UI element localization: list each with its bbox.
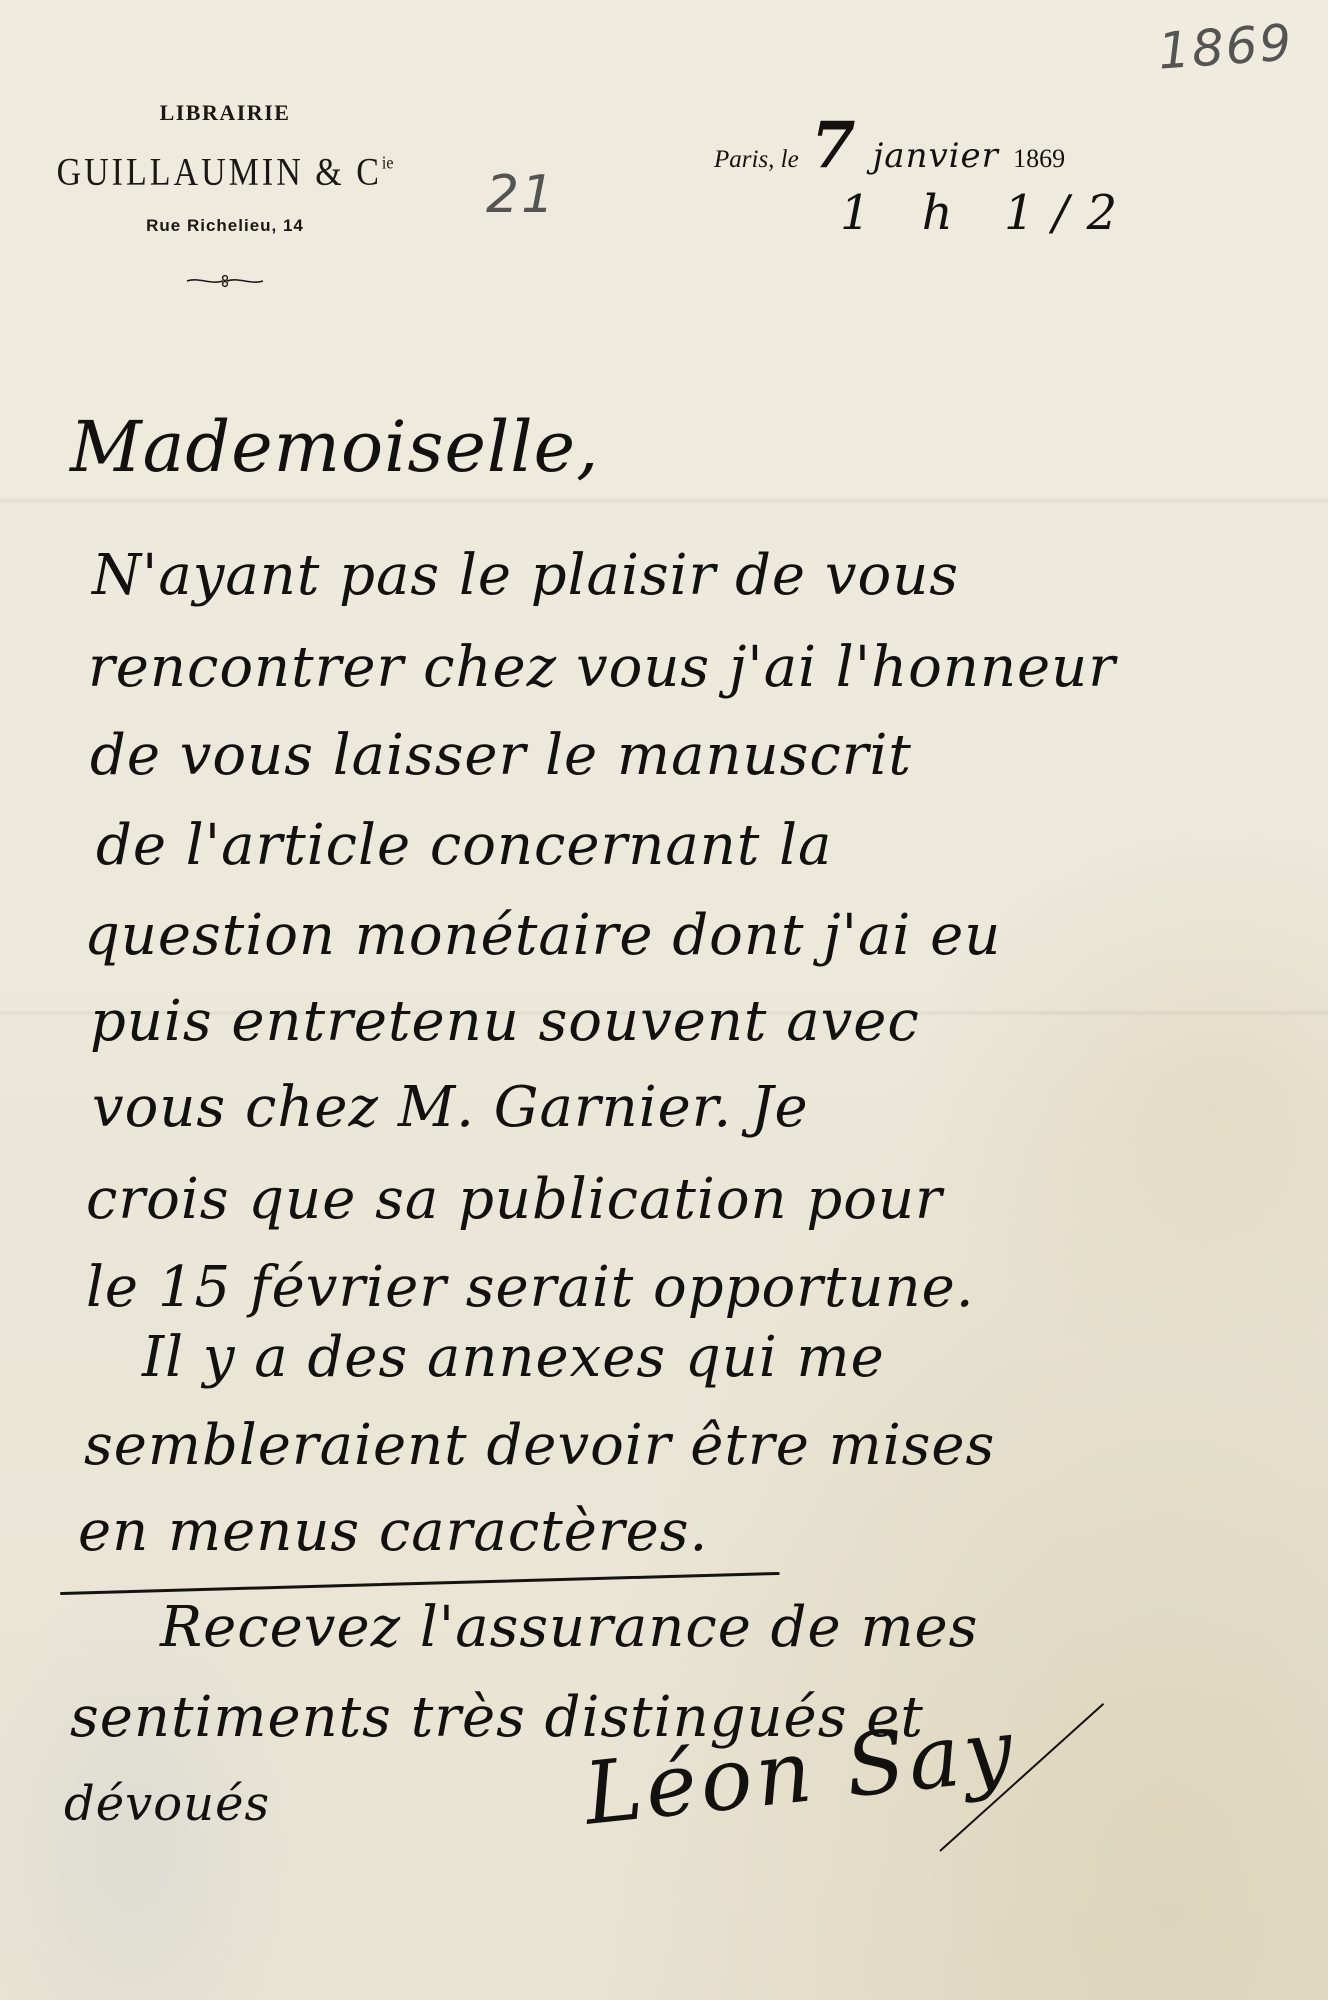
separator-rule (60, 1572, 780, 1595)
company-name: GUILLAUMIN & C (57, 151, 382, 194)
dateline: Paris, le 7 janvier 1869 (714, 108, 1065, 183)
letterhead: LIBRAIRIE GUILLAUMIN & Cie Rue Richelieu… (40, 100, 410, 288)
body-line: de l'article concernant la (96, 818, 832, 874)
body-line: en menus caractères. (78, 1504, 708, 1560)
dateline-month: janvier (873, 136, 999, 176)
body-line: puis entretenu souvent avec (90, 994, 920, 1050)
dateline-year: 1869 (1013, 144, 1065, 173)
company-suffix: ie (382, 153, 394, 173)
body-line: vous chez M. Garnier. Je (92, 1080, 809, 1136)
letter-page: 1869 21 LIBRAIRIE GUILLAUMIN & Cie Rue R… (0, 0, 1328, 2000)
body-line: N'ayant pas le plaisir de vous (92, 548, 959, 604)
salutation: Mademoiselle, (70, 412, 599, 482)
letterhead-librairie: LIBRAIRIE (40, 100, 410, 126)
body-line: Il y a des annexes qui me (142, 1330, 885, 1386)
body-line: question monétaire dont j'ai eu (84, 908, 1001, 964)
body-line: sembleraient devoir être mises (84, 1418, 995, 1474)
dateline-time: 1 h 1/2 (840, 185, 1135, 241)
closing-line: dévoués (64, 1780, 270, 1828)
ornament-icon (185, 274, 265, 288)
letterhead-address: Rue Richelieu, 14 (40, 216, 410, 236)
dateline-day: 7 (811, 108, 857, 183)
closing-line: Recevez l'assurance de mes (160, 1600, 978, 1656)
archive-year-mark: 1869 (1156, 13, 1295, 80)
letterhead-company: GUILLAUMIN & Cie (40, 151, 410, 195)
dateline-place: Paris, le (714, 146, 799, 173)
body-line: rencontrer chez vous j'ai l'honneur (88, 640, 1116, 696)
paper-fold (0, 498, 1328, 504)
body-line: le 15 février serait opportune. (86, 1260, 975, 1316)
body-line: de vous laisser le manuscrit (90, 728, 912, 784)
archive-folio-mark: 21 (486, 165, 556, 225)
body-line: crois que sa publication pour (86, 1172, 943, 1228)
